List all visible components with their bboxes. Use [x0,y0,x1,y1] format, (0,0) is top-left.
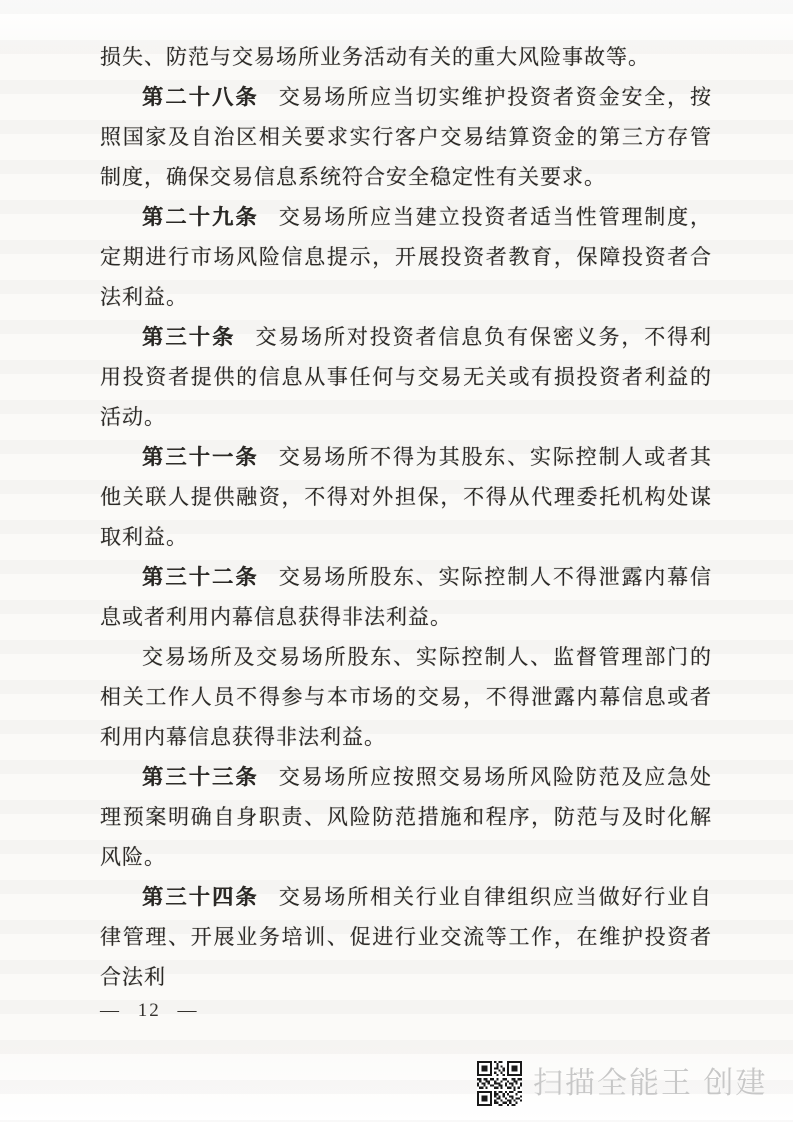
body-paragraph: 第三十一条交易场所不得为其股东、实际控制人或者其他关联人提供融资，不得对外担保，… [100,437,712,557]
body-paragraph: 第三十条交易场所对投资者信息负有保密义务，不得利用投资者提供的信息从事任何与交易… [100,317,712,437]
article-number: 第三十四条 [142,885,259,909]
body-paragraph: 第二十九条交易场所应当建立投资者适当性管理制度，定期进行市场风险信息提示，开展投… [100,197,712,317]
article-number: 第三十条 [142,325,236,349]
paragraph-text: 交易场所及交易场所股东、实际控制人、监督管理部门的相关工作人员不得参与本市场的交… [100,645,712,749]
body-paragraph: 第三十三条交易场所应按照交易场所风险防范及应急处理预案明确自身职责、风险防范措施… [100,757,712,877]
document-body: 损失、防范与交易场所业务活动有关的重大风险事故等。 第二十八条交易场所应当切实维… [100,0,712,1023]
body-paragraph: 损失、防范与交易场所业务活动有关的重大风险事故等。 [100,37,712,77]
body-paragraph: 第二十八条交易场所应当切实维护投资者资金安全，按照国家及自治区相关要求实行客户交… [100,77,712,197]
body-paragraph: 第三十二条交易场所股东、实际控制人不得泄露内幕信息或者利用内幕信息获得非法利益。 [100,557,712,637]
paragraph-text: 损失、防范与交易场所业务活动有关的重大风险事故等。 [100,45,650,69]
article-number: 第三十一条 [142,445,259,469]
article-number: 第二十九条 [142,205,259,229]
watermark-label: 扫描全能王 创建 [533,1061,767,1106]
article-number: 第三十二条 [142,565,259,589]
scanner-watermark: 扫描全能王 创建 [477,1061,767,1106]
article-number: 第二十八条 [142,85,259,109]
qr-code-icon [477,1061,522,1106]
body-paragraph: 交易场所及交易场所股东、实际控制人、监督管理部门的相关工作人员不得参与本市场的交… [100,637,712,757]
body-paragraph: 第三十四条交易场所相关行业自律组织应当做好行业自律管理、开展业务培训、促进行业交… [100,877,712,997]
scanned-document-page: 损失、防范与交易场所业务活动有关的重大风险事故等。 第二十八条交易场所应当切实维… [0,0,793,1122]
article-number: 第三十三条 [142,765,259,789]
page-number: — 12 — [100,999,712,1023]
